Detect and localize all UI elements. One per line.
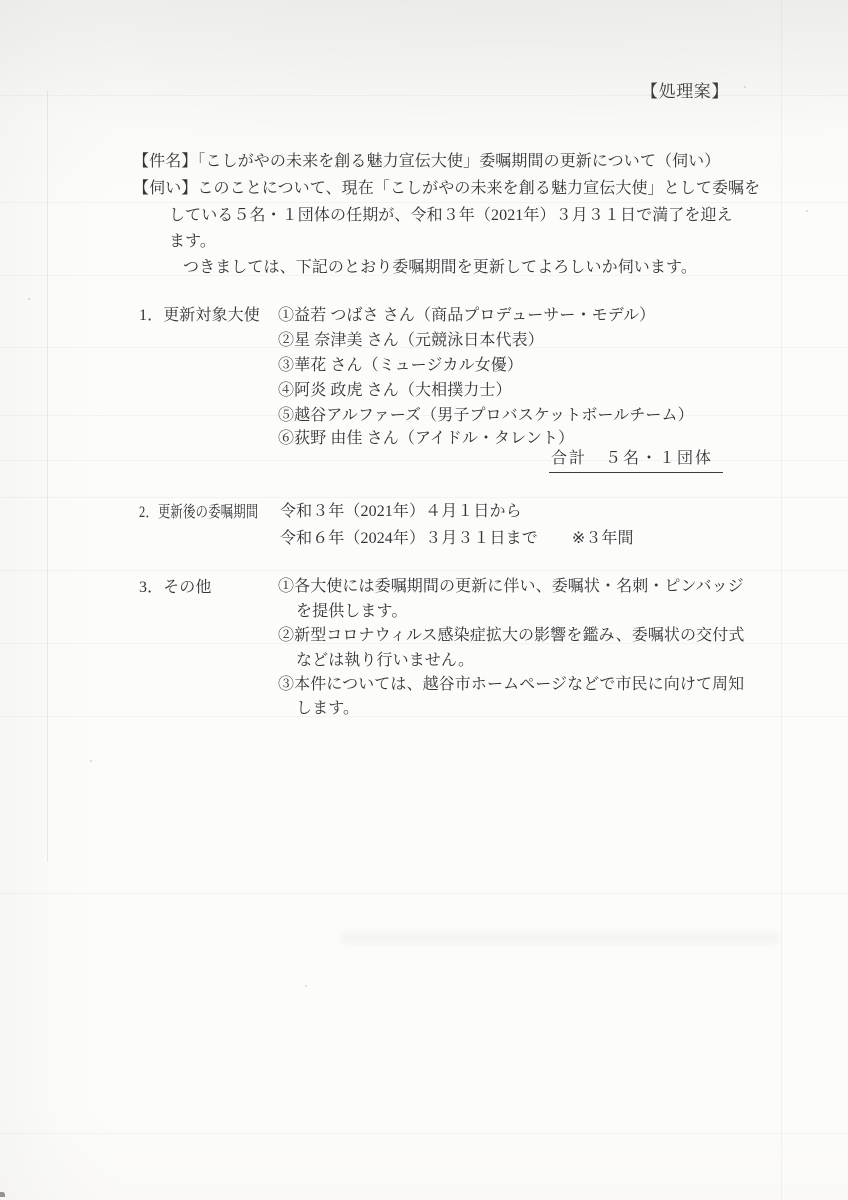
- section3-label: 3．その他: [139, 577, 212, 598]
- period-duration-note: ※３年間: [572, 530, 634, 547]
- scan-artifact-line: [0, 497, 848, 498]
- scan-artifact-vertical-line: [781, 0, 782, 1200]
- scan-artifact-line: [0, 570, 848, 571]
- inquiry-line-1: 【伺い】このことについて、現在「こしがやの未来を創る魅力宣伝大使」として委嘱を: [133, 178, 760, 199]
- scan-artifact-speck: [806, 210, 808, 212]
- commission-period-to-line: 令和６年（2024年）３月３１日まで※３年間: [280, 528, 634, 549]
- inquiry-line-2: している５名・１団体の任期が、令和３年（2021年）３月３１日で満了を迎え: [169, 205, 733, 226]
- scan-artifact-speck: [305, 985, 307, 987]
- ambassador-item-5: ⑤越谷アルファーズ（男子プロバスケットボールチーム）: [278, 405, 694, 426]
- scan-artifact-line: [0, 893, 848, 894]
- commission-period-to: 令和６年（2024年）３月３１日まで: [280, 530, 538, 547]
- section2-label: 2．更新後の委嘱期間: [139, 502, 258, 523]
- ambassador-item-4: ④阿炎 政虎 さん（大相撲力士）: [278, 380, 512, 401]
- ambassador-item-2: ②星 奈津美 さん（元競泳日本代表）: [278, 330, 544, 351]
- scan-artifact-showthrough-smudge: [340, 931, 780, 945]
- section1-label: 1．更新対象大使: [139, 305, 260, 326]
- scanned-document-page: 【処理案】 【件名】「こしがやの未来を創る魅力宣伝大使」委嘱期間の更新について（…: [0, 0, 848, 1200]
- ambassador-item-1: ①益若 つばさ さん（商品プロデューサー・モデル）: [278, 305, 655, 326]
- inquiry-line-4: つきましては、下記のとおり委嘱期間を更新してよろしいか伺います。: [183, 257, 697, 278]
- scan-artifact-corner-mark: [0, 1192, 5, 1197]
- other-note-line-5: ③本件については、越谷市ホームページなどで市民に向けて周知: [278, 674, 744, 695]
- other-note-line-2: を提供します。: [296, 601, 407, 622]
- processing-draft-stamp: 【処理案】: [641, 81, 729, 102]
- other-note-line-3: ②新型コロナウィルス感染症拡大の影響を鑑み、委嘱状の交付式: [278, 625, 744, 646]
- subject-line: 【件名】「こしがやの未来を創る魅力宣伝大使」委嘱期間の更新について（伺い）: [133, 151, 720, 172]
- other-note-line-1: ①各大使には委嘱期間の更新に伴い、委嘱状・名刺・ピンバッジ: [278, 576, 744, 597]
- other-note-line-6: します。: [296, 698, 359, 719]
- scan-artifact-speck: [28, 298, 30, 300]
- scan-artifact-line: [0, 202, 848, 203]
- scan-artifact-vertical-line: [47, 90, 48, 862]
- total-count-line: 合計 ５名・１団体: [549, 448, 723, 473]
- scan-artifact-line: [0, 716, 848, 717]
- ambassador-item-6: ⑥荻野 由佳 さん（アイドル・タレント）: [278, 428, 574, 449]
- scan-artifact-speck: [744, 86, 746, 88]
- inquiry-line-3: ます。: [169, 231, 216, 252]
- scan-artifact-speck: [90, 760, 92, 762]
- ambassador-item-3: ③華花 さん（ミュージカル女優）: [278, 355, 523, 376]
- commission-period-from: 令和３年（2021年）４月１日から: [280, 501, 522, 522]
- other-note-line-4: などは執り行いません。: [296, 650, 474, 671]
- scan-artifact-line: [0, 1133, 848, 1134]
